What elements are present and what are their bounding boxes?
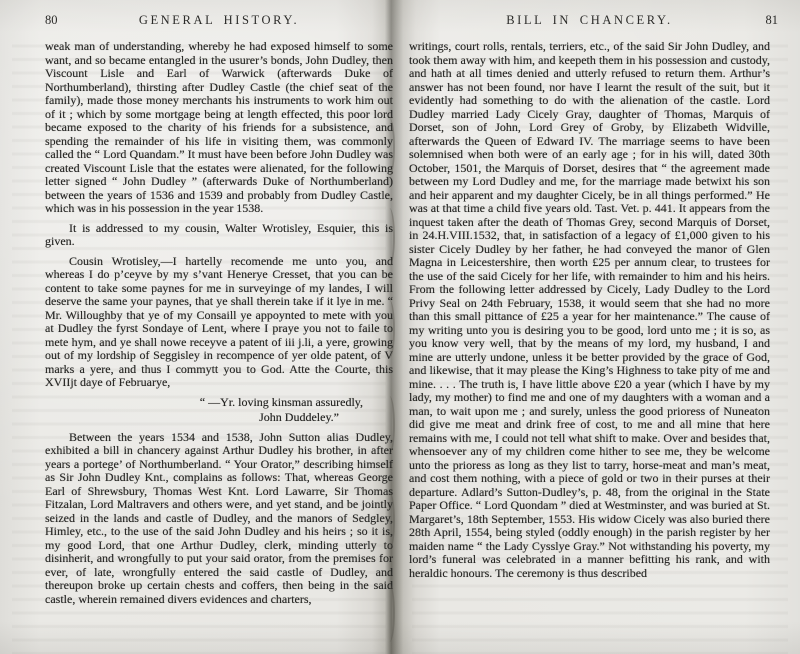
paragraph: “ —Yr. loving kinsman assuredly, <box>45 396 393 410</box>
paragraph: Between the years 1534 and 1538, John Su… <box>45 431 393 607</box>
paragraph: John Duddeley.” <box>45 411 393 425</box>
paragraph: weak man of understanding, whereby he ha… <box>45 40 393 216</box>
page-body-right: writings, court rolls, rentals, terriers… <box>409 40 770 580</box>
paragraph: Cousin Wrotisley,—I hartelly recomende m… <box>45 255 393 390</box>
page-header-right: 81 BILL IN CHANCERY. <box>409 13 770 34</box>
page-body-left: weak man of understanding, whereby he ha… <box>45 40 393 606</box>
paragraph: writings, court rolls, rentals, terriers… <box>409 40 770 580</box>
page-right: 81 BILL IN CHANCERY. writings, court rol… <box>400 0 800 654</box>
page-number-right: 81 <box>766 13 779 28</box>
paragraph: It is addressed to my cousin, Walter Wro… <box>45 222 393 249</box>
running-head-left: GENERAL HISTORY. <box>45 13 393 28</box>
running-head-right: BILL IN CHANCERY. <box>409 13 770 28</box>
page-left: 80 GENERAL HISTORY. weak man of understa… <box>0 0 398 654</box>
book-scan: 80 GENERAL HISTORY. weak man of understa… <box>0 0 800 654</box>
page-header-left: 80 GENERAL HISTORY. <box>45 13 393 34</box>
page-number-left: 80 <box>45 13 58 28</box>
